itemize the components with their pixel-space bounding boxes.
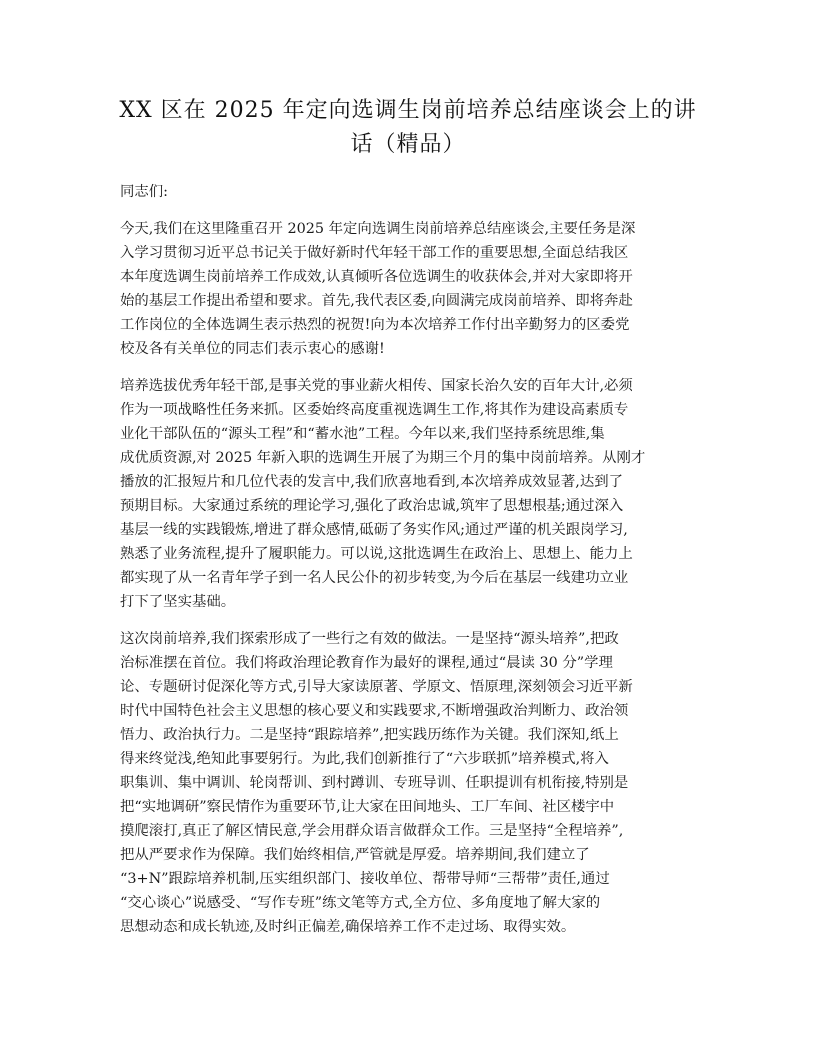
text-line: 入学习贯彻习近平总书记关于做好新时代年轻干部工作的重要思想,全面总结我区 <box>120 241 710 265</box>
text-line: 今天,我们在这里隆重召开 2025 年定向选调生岗前培养总结座谈会,主要任务是深 <box>120 217 710 241</box>
text-line: 培养选拔优秀年轻干部,是事关党的事业薪火相传、国家长治久安的百年大计,必须 <box>120 374 710 398</box>
text-line: 工作岗位的全体选调生表示热烈的祝贺!向为本次培养工作付出辛勤努力的区委党 <box>120 313 710 337</box>
document-title: XX 区在 2025 年定向选调生岗前培养总结座谈会上的讲 话（精品） <box>100 94 716 162</box>
text-line: 时代中国特色社会主义思想的核心要义和实践要求,不断增强政治判断力、政治领 <box>120 699 710 723</box>
text-line: 本年度选调生岗前培养工作成效,认真倾听各位选调生的收获体会,并对大家即将开 <box>120 265 710 289</box>
text-line: “交心谈心”说感受、“写作专班”练文笔等方式,全方位、多角度地了解大家的 <box>120 891 710 915</box>
text-line: 播放的汇报短片和几位代表的发言中,我们欣喜地看到,本次培养成效显著,达到了 <box>120 470 710 494</box>
text-line: 成优质资源,对 2025 年新入职的选调生开展了为期三个月的集中岗前培养。从刚才 <box>120 446 710 470</box>
text-line: 业化干部队伍的“源头工程”和“蓄水池”工程。今年以来,我们坚持系统思维,集 <box>120 422 710 446</box>
salutation: 同志们: <box>120 180 710 204</box>
text-line: 熟悉了业务流程,提升了履职能力。可以说,这批选调生在政治上、思想上、能力上 <box>120 542 710 566</box>
text-line: 职集训、集中调训、轮岗帮训、到村蹲训、专班导训、任职提训有机衔接,特别是 <box>120 771 710 795</box>
text-line: 治标准摆在首位。我们将政治理论教育作为最好的课程,通过“晨读 30 分”学理 <box>120 651 710 675</box>
title-line-2: 话（精品） <box>100 128 716 162</box>
text-line: 论、专题研讨促深化等方式,引导大家读原著、学原文、悟原理,深刻领会习近平新 <box>120 675 710 699</box>
text-line: 悟力、政治执行力。二是坚持“跟踪培养”,把实践历练作为关键。我们深知,纸上 <box>120 723 710 747</box>
text-line: 都实现了从一名青年学子到一名人民公仆的初步转变,为今后在基层一线建功立业 <box>120 566 710 590</box>
paragraph-1: 今天,我们在这里隆重召开 2025 年定向选调生岗前培养总结座谈会,主要任务是深… <box>120 217 710 361</box>
title-line-1: XX 区在 2025 年定向选调生岗前培养总结座谈会上的讲 <box>100 94 716 128</box>
text-line: 始的基层工作提出希望和要求。首先,我代表区委,向圆满完成岗前培养、即将奔赴 <box>120 289 710 313</box>
text-line: 打下了坚实基础。 <box>120 590 710 614</box>
text-line: 摸爬滚打,真正了解区情民意,学会用群众语言做群众工作。三是坚持“全程培养”, <box>120 819 710 843</box>
text-line: 作为一项战略性任务来抓。区委始终高度重视选调生工作,将其作为建设高素质专 <box>120 398 710 422</box>
text-line: 把“实地调研”察民情作为重要环节,让大家在田间地头、工厂车间、社区楼宇中 <box>120 795 710 819</box>
text-line: 校及各有关单位的同志们表示衷心的感谢! <box>120 337 710 361</box>
text-line: 把从严要求作为保障。我们始终相信,严管就是厚爱。培养期间,我们建立了 <box>120 843 710 867</box>
text-line: 基层一线的实践锻炼,增进了群众感情,砥砺了务实作风;通过严谨的机关跟岗学习, <box>120 518 710 542</box>
text-line: 这次岗前培养,我们探索形成了一些行之有效的做法。一是坚持“源头培养”,把政 <box>120 627 710 651</box>
paragraph-3: 这次岗前培养,我们探索形成了一些行之有效的做法。一是坚持“源头培养”,把政 治标… <box>120 627 710 939</box>
document-page: XX 区在 2025 年定向选调生岗前培养总结座谈会上的讲 话（精品） 同志们:… <box>0 0 816 1056</box>
text-line: 预期目标。大家通过系统的理论学习,强化了政治忠诚,筑牢了思想根基;通过深入 <box>120 494 710 518</box>
document-body: 同志们: 今天,我们在这里隆重召开 2025 年定向选调生岗前培养总结座谈会,主… <box>120 180 710 952</box>
paragraph-2: 培养选拔优秀年轻干部,是事关党的事业薪火相传、国家长治久安的百年大计,必须 作为… <box>120 374 710 614</box>
text-line: “3+N”跟踪培养机制,压实组织部门、接收单位、帮带导师“三帮带”责任,通过 <box>120 867 710 891</box>
text-line: 思想动态和成长轨迹,及时纠正偏差,确保培养工作不走过场、取得实效。 <box>120 915 710 939</box>
text-line: 得来终觉浅,绝知此事要躬行。为此,我们创新推行了“六步联抓”培养模式,将入 <box>120 747 710 771</box>
